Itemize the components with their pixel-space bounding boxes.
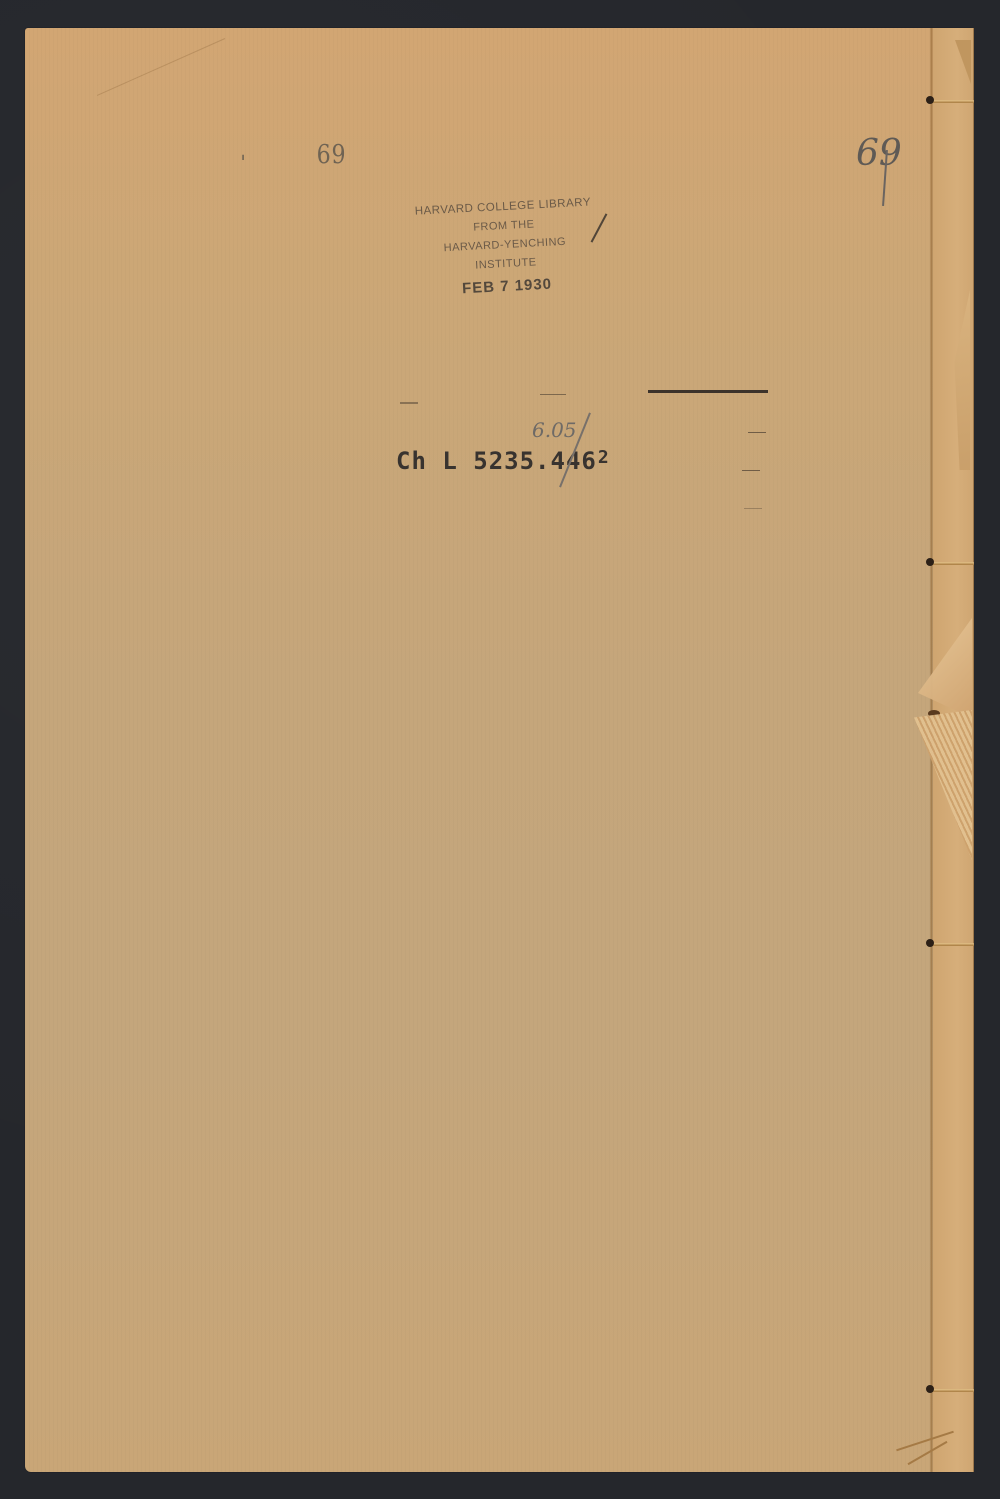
- dash-mark: [744, 508, 762, 509]
- binding-thread: [932, 562, 974, 565]
- call-number-value: 5235.446: [473, 447, 597, 475]
- binding-hole: [926, 558, 934, 566]
- dash-mark: [748, 432, 766, 433]
- pencil-page-number-right: 69: [856, 133, 902, 174]
- dash-mark: [742, 470, 760, 471]
- library-stamp: HARVARD COLLEGE LIBRARY FROM THE HARVARD…: [393, 192, 618, 301]
- call-number-superscript: 2: [598, 447, 610, 468]
- binding-thread: [932, 1389, 974, 1392]
- binding-hole: [926, 939, 934, 947]
- pencil-mark: ˌ: [240, 138, 246, 163]
- call-number-prefix: Ch L: [396, 447, 458, 475]
- ruled-line: [648, 390, 768, 393]
- call-number: Ch L 5235.4462: [396, 447, 610, 475]
- corner-crease: [97, 38, 225, 96]
- binding-hole: [926, 96, 934, 104]
- binding-thread: [932, 943, 974, 946]
- ruled-line: [400, 402, 418, 404]
- pencil-page-number-left: 69: [317, 140, 347, 170]
- ruled-line: [540, 394, 566, 395]
- binding-hole: [926, 1385, 934, 1393]
- binding-thread: [932, 100, 974, 103]
- handwritten-correction: 6.05: [532, 418, 577, 442]
